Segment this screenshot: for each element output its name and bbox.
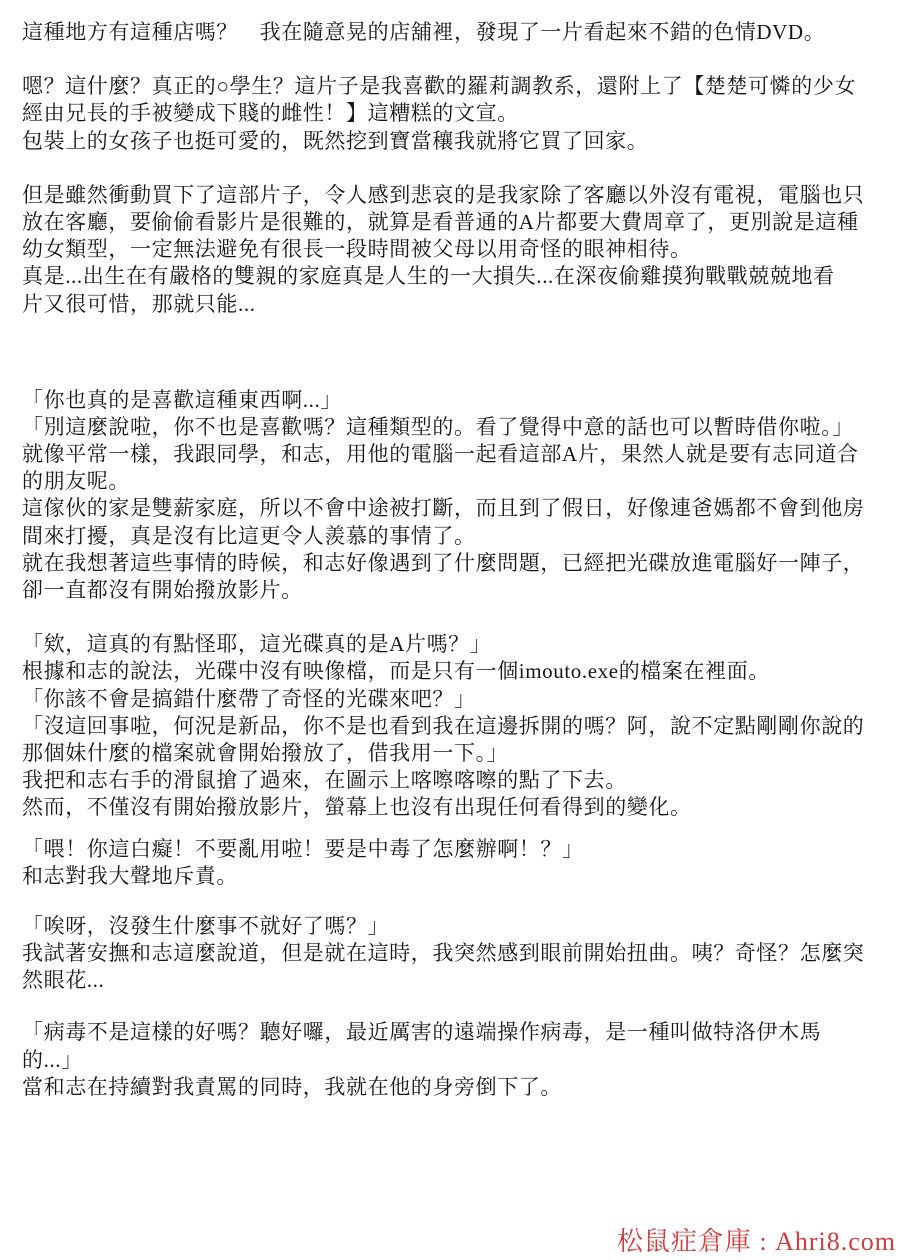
text-line: 片又很可惜，那就只能... bbox=[22, 291, 888, 318]
paragraph: 「欸，這真的有點怪耶，這光碟真的是A片嗎？」根據和志的說法，光碟中沒有映像檔，而… bbox=[22, 631, 888, 821]
text-line: 的朋友呢。 bbox=[22, 468, 888, 495]
paragraph: 「你也真的是喜歡這種東西啊...」「別這麼說啦，你不也是喜歡嗎？這種類型的。看了… bbox=[22, 387, 888, 605]
text-line: 「喂！你這白癡！不要亂用啦！要是中毒了怎麼辦啊！？」 bbox=[22, 836, 888, 863]
text-line: 我把和志右手的滑鼠搶了過來，在圖示上喀嚓喀嚓的點了下去。 bbox=[22, 767, 888, 794]
text-line: 「欸，這真的有點怪耶，這光碟真的是A片嗎？」 bbox=[22, 631, 888, 658]
text-line: 的...」 bbox=[22, 1047, 888, 1074]
paragraph: 嗯？這什麼？真正的○學生？這片子是我喜歡的羅莉調教系，還附上了【楚楚可憐的少女經… bbox=[22, 73, 888, 155]
paragraph: 「病毒不是這樣的好嗎？聽好囉，最近厲害的遠端操作病毒，是一種叫做特洛伊木馬的..… bbox=[22, 1019, 888, 1101]
text-line: 「你也真的是喜歡這種東西啊...」 bbox=[22, 387, 888, 414]
paragraph: 「唉呀，沒發生什麼事不就好了嗎？」我試著安撫和志這麼說道，但是就在這時，我突然感… bbox=[22, 913, 888, 995]
text-line: 「病毒不是這樣的好嗎？聽好囉，最近厲害的遠端操作病毒，是一種叫做特洛伊木馬 bbox=[22, 1019, 888, 1046]
text-line: 就在我想著這些事情的時候，和志好像遇到了什麼問題，已經把光碟放進電腦好一陣子， bbox=[22, 550, 888, 577]
text-line: 我試著安撫和志這麼說道，但是就在這時，我突然感到眼前開始扭曲。咦？奇怪？怎麼突 bbox=[22, 940, 888, 967]
text-line: 「你該不會是搞錯什麼帶了奇怪的光碟來吧？」 bbox=[22, 686, 888, 713]
text-line: 但是雖然衝動買下了這部片子，令人感到悲哀的是我家除了客廳以外沒有電視，電腦也只 bbox=[22, 182, 888, 209]
text-line: 間來打擾，真是沒有比這更令人羨慕的事情了。 bbox=[22, 523, 888, 550]
text-line: 當和志在持續對我責罵的同時，我就在他的身旁倒下了。 bbox=[22, 1074, 888, 1101]
text-line: 包裝上的女孩子也挺可愛的，既然挖到寶當穰我就將它買了回家。 bbox=[22, 128, 888, 155]
text-line: 這種地方有這種店嗎？ 我在隨意晃的店舖裡，發現了一片看起來不錯的色情DVD。 bbox=[22, 19, 888, 46]
paragraph: 「喂！你這白癡！不要亂用啦！要是中毒了怎麼辦啊！？」和志對我大聲地斥責。 bbox=[22, 836, 888, 890]
text-line: 就像平常一樣，我跟同學，和志，用他的電腦一起看這部A片，果然人就是要有志同道合 bbox=[22, 441, 888, 468]
text-line: 「沒這回事啦，何況是新品，你不是也看到我在這邊拆開的嗎？阿，說不定點剛剛你說的 bbox=[22, 713, 888, 740]
paragraph: 這種地方有這種店嗎？ 我在隨意晃的店舖裡，發現了一片看起來不錯的色情DVD。 bbox=[22, 19, 888, 46]
text-line: 和志對我大聲地斥責。 bbox=[22, 863, 888, 890]
text-line: 然而，不僅沒有開始撥放影片，螢幕上也沒有出現任何看得到的變化。 bbox=[22, 794, 888, 821]
text-line: 「唉呀，沒發生什麼事不就好了嗎？」 bbox=[22, 913, 888, 940]
text-line: 經由兄長的手被變成下賤的雌性！】這糟糕的文宣。 bbox=[22, 100, 888, 127]
text-line: 幼女類型，一定無法避免有很長一段時間被父母以用奇怪的眼神相待。 bbox=[22, 236, 888, 263]
text-line: 根據和志的說法，光碟中沒有映像檔，而是只有一個imouto.exe的檔案在裡面。 bbox=[22, 658, 888, 685]
text-line: 卻一直都沒有開始撥放影片。 bbox=[22, 577, 888, 604]
watermark-text: 松鼠症倉庫 : Ahri8.com bbox=[617, 1221, 896, 1258]
paragraph: 但是雖然衝動買下了這部片子，令人感到悲哀的是我家除了客廳以外沒有電視，電腦也只放… bbox=[22, 182, 888, 318]
text-line: 嗯？這什麼？真正的○學生？這片子是我喜歡的羅莉調教系，還附上了【楚楚可憐的少女 bbox=[22, 73, 888, 100]
text-line: 真是...出生在有嚴格的雙親的家庭真是人生的一大損失...在深夜偷雞摸狗戰戰兢兢… bbox=[22, 263, 888, 290]
text-line: 這傢伙的家是雙薪家庭，所以不會中途被打斷，而且到了假日，好像連爸媽都不會到他房 bbox=[22, 495, 888, 522]
text-line: 然眼花... bbox=[22, 967, 888, 994]
text-line: 「別這麼說啦，你不也是喜歡嗎？這種類型的。看了覺得中意的話也可以暫時借你啦。」 bbox=[22, 414, 888, 441]
text-line: 放在客廳，要偷偷看影片是很難的，就算是看普通的A片都要大費周章了，更別說是這種 bbox=[22, 209, 888, 236]
document-text: 這種地方有這種店嗎？ 我在隨意晃的店舖裡，發現了一片看起來不錯的色情DVD。嗯？… bbox=[22, 19, 888, 1101]
text-line: 那個妹什麼的檔案就會開始撥放了，借我用一下。」 bbox=[22, 740, 888, 767]
